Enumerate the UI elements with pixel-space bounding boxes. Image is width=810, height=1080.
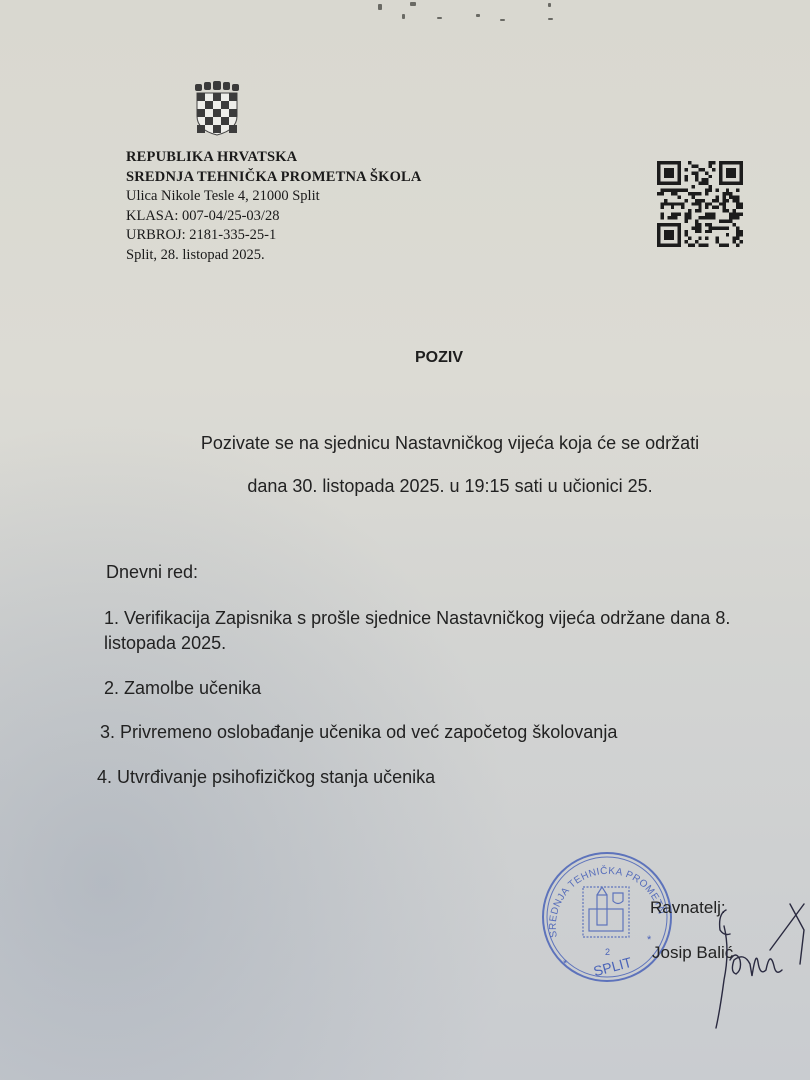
- agenda-label: Dnevni red:: [106, 562, 198, 583]
- qr-code-icon[interactable]: [656, 161, 744, 247]
- paper-speck: [378, 4, 382, 10]
- paper-speck: [410, 2, 416, 6]
- paper-shadow: [0, 420, 520, 1080]
- paper-speck: [476, 14, 480, 17]
- agenda-item: 4. Utvrđivanje psihofizičkog stanja učen…: [97, 765, 435, 790]
- svg-text:SPLIT: SPLIT: [592, 954, 634, 980]
- agenda-item: 3. Privremeno oslobađanje učenika od već…: [100, 720, 617, 745]
- paper-speck: [500, 19, 505, 21]
- letterhead-klasa: KLASA: 007-04/25-03/28: [126, 207, 422, 227]
- document-title: POZIV: [0, 349, 810, 367]
- letterhead: REPUBLIKA HRVATSKA SREDNJA TEHNIČKA PROM…: [126, 148, 422, 265]
- intro-line-1: Pozivate se na sjednicu Nastavničkog vij…: [0, 433, 810, 454]
- letterhead-address: Ulica Nikole Tesle 4, 21000 Split: [126, 187, 422, 207]
- agenda-item: 2. Zamolbe učenika: [104, 676, 261, 701]
- paper-speck: [402, 14, 405, 19]
- svg-text:2: 2: [605, 947, 610, 957]
- letterhead-institution: SREDNJA TEHNIČKA PROMETNA ŠKOLA: [126, 168, 422, 188]
- svg-text:*: *: [563, 958, 568, 970]
- agenda-item: 1. Verifikacija Zapisnika s prošle sjedn…: [104, 606, 784, 656]
- paper-speck: [548, 18, 553, 20]
- handwritten-signature-icon: [700, 890, 810, 1030]
- intro-line-2: dana 30. listopada 2025. u 19:15 sati u …: [0, 476, 810, 497]
- letterhead-date: Split, 28. listopad 2025.: [126, 246, 422, 266]
- svg-text:SREDNJA TEHNIČKA PROMETNA ŠKOL: SREDNJA TEHNIČKA PROMETNA ŠKOLA: [535, 845, 667, 938]
- coat-of-arms-icon: [193, 80, 241, 136]
- letterhead-country: REPUBLIKA HRVATSKA: [126, 148, 422, 168]
- paper-speck: [437, 17, 442, 19]
- paper-speck: [548, 3, 551, 7]
- letterhead-urbroj: URBROJ: 2181-335-25-1: [126, 226, 422, 246]
